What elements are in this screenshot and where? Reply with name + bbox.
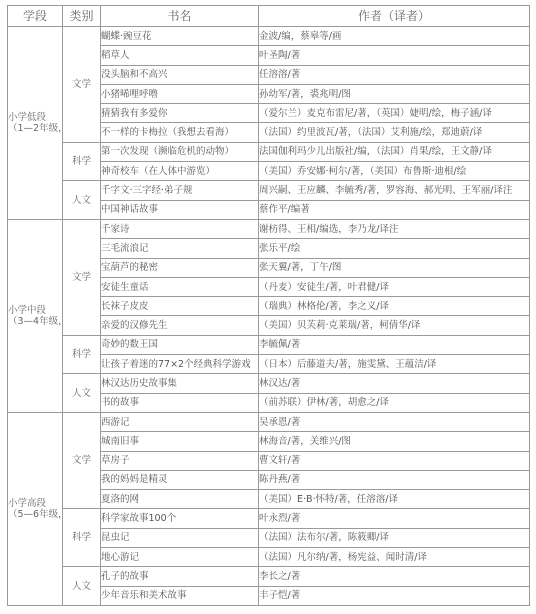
book-author: （法国）凡尔纳/著，杨宪益、闻时清/译 bbox=[259, 548, 530, 567]
table-row: 小学中段（3—4年级，10本）文学千家诗谢枋得、王相/编选，李乃龙/译注 bbox=[8, 219, 530, 238]
table-row: 小学低段（1—2年级，10本）文学蝴蝶·豌豆花金波/编，蔡皋等/画 bbox=[8, 27, 530, 46]
book-author: （美国）乔安娜·柯尔/著，（美国）布鲁斯·迪根/绘 bbox=[259, 162, 530, 181]
stage-name: 小学中段 bbox=[8, 305, 62, 316]
book-author: 张天翼/著，丁午/图 bbox=[259, 258, 530, 277]
book-author: 金波/编，蔡皋等/画 bbox=[259, 27, 530, 46]
book-title: 草房子 bbox=[101, 451, 259, 470]
book-title: 科学家故事100个 bbox=[101, 509, 259, 528]
header-author: 作者（译者） bbox=[259, 6, 530, 27]
category-cell: 科学 bbox=[63, 142, 101, 181]
book-title: 不一样的卡梅拉（我想去看海） bbox=[101, 123, 259, 142]
book-author: 法国伽利玛少儿出版社/编，（法国）肖果/绘，王文静/译 bbox=[259, 142, 530, 161]
table-row: 人文千字文·三字经·弟子规周兴嗣、王应麟、李毓秀/著，罗容海、郝光明、王军丽/译… bbox=[8, 181, 530, 200]
book-title: 夏洛的网 bbox=[101, 490, 259, 509]
table-row: 人文孔子的故事李长之/著 bbox=[8, 567, 530, 586]
book-title: 长袜子皮皮 bbox=[101, 297, 259, 316]
book-title: 小猪唏哩呼噜 bbox=[101, 84, 259, 103]
book-author: 林海音/著，关维兴/图 bbox=[259, 432, 530, 451]
stage-detail: （1—2年级，10本） bbox=[8, 123, 62, 134]
book-title: 千字文·三字经·弟子规 bbox=[101, 181, 259, 200]
book-author: （美国）贝芙莉·克莱瑞/著，柯倩华/译 bbox=[259, 316, 530, 335]
header-stage: 学段 bbox=[8, 6, 63, 27]
book-author: （美国）E·B·怀特/著，任溶溶/译 bbox=[259, 490, 530, 509]
stage-cell: 小学高段（5—6年级，10本） bbox=[8, 412, 63, 605]
category-cell: 科学 bbox=[63, 335, 101, 374]
category-cell: 科学 bbox=[63, 509, 101, 567]
book-author: 曹文轩/著 bbox=[259, 451, 530, 470]
book-title: 猜猜我有多爱你 bbox=[101, 104, 259, 123]
table-body: 小学低段（1—2年级，10本）文学蝴蝶·豌豆花金波/编，蔡皋等/画稻草人叶圣陶/… bbox=[8, 27, 530, 606]
book-author: （法国）约里波瓦/著，（法国）艾利施/绘，郑迪蔚/译 bbox=[259, 123, 530, 142]
book-title: 蝴蝶·豌豆花 bbox=[101, 27, 259, 46]
stage-name: 小学低段 bbox=[8, 112, 62, 123]
book-author: （日本）后藤道夫/著，施雯黛、王蕴洁/译 bbox=[259, 355, 530, 374]
book-author: （前苏联）伊林/著，胡愈之/译 bbox=[259, 393, 530, 412]
book-title: 西游记 bbox=[101, 412, 259, 431]
book-title: 昆虫记 bbox=[101, 528, 259, 547]
book-title: 孔子的故事 bbox=[101, 567, 259, 586]
book-title: 神奇校车（在人体中游览） bbox=[101, 162, 259, 181]
book-author: 周兴嗣、王应麟、李毓秀/著，罗容海、郝光明、王军丽/译注 bbox=[259, 181, 530, 200]
book-title: 林汉达历史故事集 bbox=[101, 374, 259, 393]
header-title: 书名 bbox=[101, 6, 259, 27]
book-title: 安徒生童话 bbox=[101, 277, 259, 296]
book-author: 林汉达/著 bbox=[259, 374, 530, 393]
book-title: 宝葫芦的秘密 bbox=[101, 258, 259, 277]
table-row: 科学奇妙的数王国李毓佩/著 bbox=[8, 335, 530, 354]
category-cell: 人文 bbox=[63, 567, 101, 606]
stage-detail: （5—6年级，10本） bbox=[8, 509, 62, 520]
book-author: 孙幼军/著，裘兆明/图 bbox=[259, 84, 530, 103]
book-title: 亲爱的汉修先生 bbox=[101, 316, 259, 335]
book-title: 让孩子着迷的77×2个经典科学游戏 bbox=[101, 355, 259, 374]
book-author: 丰子恺/著 bbox=[259, 586, 530, 605]
book-author: 张乐平/绘 bbox=[259, 239, 530, 258]
book-author: 吴承恩/著 bbox=[259, 412, 530, 431]
table-row: 人文林汉达历史故事集林汉达/著 bbox=[8, 374, 530, 393]
stage-detail: （3—4年级，10本） bbox=[8, 316, 62, 327]
category-cell: 人文 bbox=[63, 374, 101, 413]
book-title: 少年音乐和美术故事 bbox=[101, 586, 259, 605]
category-cell: 人文 bbox=[63, 181, 101, 220]
book-title: 三毛流浪记 bbox=[101, 239, 259, 258]
book-list-table: 学段 类别 书名 作者（译者） 小学低段（1—2年级，10本）文学蝴蝶·豌豆花金… bbox=[7, 5, 530, 606]
book-author: 叶永烈/著 bbox=[259, 509, 530, 528]
book-author: 任溶溶/著 bbox=[259, 65, 530, 84]
book-title: 奇妙的数王国 bbox=[101, 335, 259, 354]
book-author: 谢枋得、王相/编选，李乃龙/译注 bbox=[259, 219, 530, 238]
book-title: 我的妈妈是精灵 bbox=[101, 470, 259, 489]
header-category: 类别 bbox=[63, 6, 101, 27]
category-cell: 文学 bbox=[63, 27, 101, 143]
stage-name: 小学高段 bbox=[8, 498, 62, 509]
book-author: （丹麦）安徒生/著，叶君健/译 bbox=[259, 277, 530, 296]
book-author: 李毓佩/著 bbox=[259, 335, 530, 354]
category-cell: 文学 bbox=[63, 219, 101, 335]
table-row: 小学高段（5—6年级，10本）文学西游记吴承恩/著 bbox=[8, 412, 530, 431]
table-row: 科学科学家故事100个叶永烈/著 bbox=[8, 509, 530, 528]
book-title: 稻草人 bbox=[101, 46, 259, 65]
book-title: 第一次发现（濒临危机的动物） bbox=[101, 142, 259, 161]
book-title: 中国神话故事 bbox=[101, 200, 259, 219]
book-title: 地心游记 bbox=[101, 548, 259, 567]
book-title: 书的故事 bbox=[101, 393, 259, 412]
book-title: 城南旧事 bbox=[101, 432, 259, 451]
stage-cell: 小学低段（1—2年级，10本） bbox=[8, 27, 63, 220]
book-author: 李长之/著 bbox=[259, 567, 530, 586]
book-author: 叶圣陶/著 bbox=[259, 46, 530, 65]
table-row: 科学第一次发现（濒临危机的动物）法国伽利玛少儿出版社/编，（法国）肖果/绘，王文… bbox=[8, 142, 530, 161]
category-cell: 文学 bbox=[63, 412, 101, 508]
stage-cell: 小学中段（3—4年级，10本） bbox=[8, 219, 63, 412]
book-author: 蔡作平/编著 bbox=[259, 200, 530, 219]
book-author: （法国）法布尔/著，陈筱卿/译 bbox=[259, 528, 530, 547]
book-author: （爱尔兰）麦克布雷尼/著，（英国）婕明/绘，梅子涵/译 bbox=[259, 104, 530, 123]
book-author: （瑞典）林格伦/著，李之义/译 bbox=[259, 297, 530, 316]
header-row: 学段 类别 书名 作者（译者） bbox=[8, 6, 530, 27]
book-title: 没头脑和不高兴 bbox=[101, 65, 259, 84]
book-author: 陈丹燕/著 bbox=[259, 470, 530, 489]
book-title: 千家诗 bbox=[101, 219, 259, 238]
